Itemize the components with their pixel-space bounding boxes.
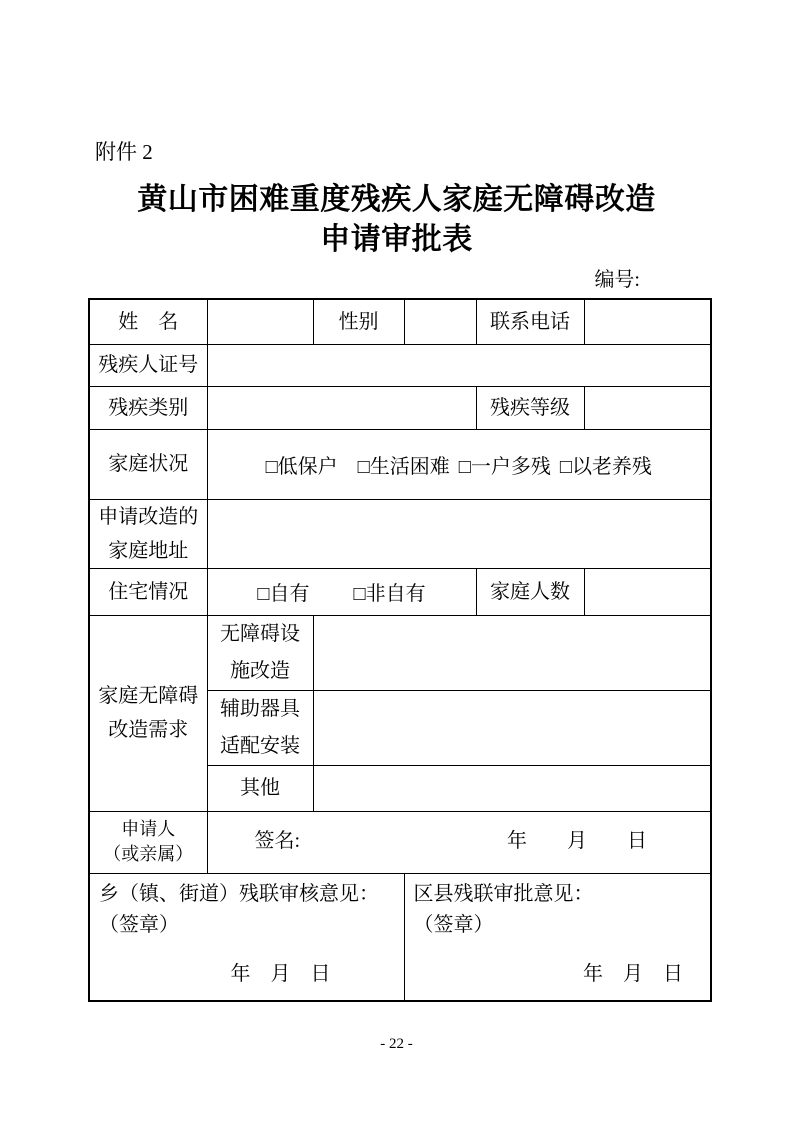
county-review-cell[interactable]: 区县残联审批意见： （签章） 年 月 日	[404, 873, 711, 1001]
needs-other-input-cell[interactable]	[313, 765, 711, 811]
checkbox-icon: □	[266, 456, 278, 478]
county-review-date: 年 月 日	[583, 959, 683, 990]
township-seal-label: （签章）	[99, 910, 395, 941]
checkbox-option-not-owned[interactable]: □非自有	[354, 577, 426, 606]
checkbox-icon: □	[459, 456, 471, 478]
gender-label: 性别	[313, 299, 404, 344]
signature-label: 签名:	[255, 824, 301, 853]
housing-label: 住宅情况	[89, 568, 207, 615]
application-form-table: 姓 名 性别 联系电话 残疾人证号 残疾类别 残疾等级 家庭状况 □低保户□生活…	[88, 298, 712, 1002]
checkbox-icon: □	[257, 583, 269, 605]
family-size-label: 家庭人数	[476, 568, 584, 615]
needs-other-label: 其他	[207, 765, 313, 811]
disability-type-input-cell[interactable]	[207, 386, 476, 429]
attachment-label: 附件 2	[95, 136, 153, 166]
county-review-area: 区县残联审批意见： （签章） 年 月 日	[405, 874, 711, 1000]
row-review-opinions: 乡（镇、街道）残联审核意见： （签章） 年 月 日 区县残联审批意见： （签章）…	[89, 873, 711, 1001]
checkbox-option-label: 非自有	[366, 583, 426, 605]
checkbox-option-low-income[interactable]: □低保户	[266, 450, 338, 479]
gender-input-cell[interactable]	[404, 299, 476, 344]
title-line-2: 申请审批表	[0, 220, 793, 260]
checkbox-icon: □	[358, 456, 370, 478]
signature-row: 签名: 年 月 日	[208, 824, 711, 860]
needs-facility-input-cell[interactable]	[313, 615, 711, 690]
disability-id-input-cell[interactable]	[207, 344, 711, 386]
page-number: - 22 -	[0, 1036, 793, 1053]
address-label: 申请改造的 家庭地址	[89, 499, 207, 568]
checkbox-option-label: 以老养残	[572, 456, 652, 478]
disability-id-label: 残疾人证号	[89, 344, 207, 386]
needs-facility-label: 无障碍设 施改造	[207, 615, 313, 690]
checkbox-option-label: 生活困难	[370, 456, 450, 478]
township-review-cell[interactable]: 乡（镇、街道）残联审核意见： （签章） 年 月 日	[89, 873, 404, 1001]
needs-label: 家庭无障碍 改造需求	[89, 615, 207, 811]
checkbox-icon: □	[560, 456, 572, 478]
checkbox-option-label: 一户多残	[471, 456, 551, 478]
checkbox-option-multi-disability[interactable]: □一户多残	[459, 450, 551, 479]
applicant-label: 申请人 （或亲属）	[89, 811, 207, 873]
row-family-status: 家庭状况 □低保户□生活困难□一户多残□以老养残	[89, 429, 711, 499]
applicant-date: 年 月 日	[507, 824, 647, 853]
address-input-cell[interactable]	[207, 499, 711, 568]
disability-type-label: 残疾类别	[89, 386, 207, 429]
disability-level-label: 残疾等级	[476, 386, 584, 429]
phone-label: 联系电话	[476, 299, 584, 344]
checkbox-option-life-difficulty[interactable]: □生活困难	[358, 450, 450, 479]
row-disability-type-level: 残疾类别 残疾等级	[89, 386, 711, 429]
row-applicant-signature: 申请人 （或亲属） 签名: 年 月 日	[89, 811, 711, 873]
needs-assistive-input-cell[interactable]	[313, 690, 711, 765]
needs-assistive-label: 辅助器具 适配安装	[207, 690, 313, 765]
county-review-label: 区县残联审批意见：	[414, 879, 702, 910]
housing-options-cell: □自有□非自有	[207, 568, 476, 615]
row-address: 申请改造的 家庭地址	[89, 499, 711, 568]
row-needs-facility: 家庭无障碍 改造需求 无障碍设 施改造	[89, 615, 711, 690]
row-disability-id: 残疾人证号	[89, 344, 711, 386]
phone-input-cell[interactable]	[584, 299, 711, 344]
township-review-date: 年 月 日	[231, 959, 331, 990]
family-status-label: 家庭状况	[89, 429, 207, 499]
checkbox-option-label: 低保户	[278, 456, 338, 478]
family-status-options-cell: □低保户□生活困难□一户多残□以老养残	[207, 429, 711, 499]
signature-cell[interactable]: 签名: 年 月 日	[207, 811, 711, 873]
title-line-1: 黄山市困难重度残疾人家庭无障碍改造	[0, 180, 793, 220]
serial-number-label: 编号:	[594, 263, 640, 292]
name-input-cell[interactable]	[207, 299, 313, 344]
county-seal-label: （签章）	[414, 910, 702, 941]
checkbox-option-label: 自有	[270, 583, 310, 605]
document-page: 附件 2 黄山市困难重度残疾人家庭无障碍改造 申请审批表 编号: 姓 名 性别 …	[0, 0, 793, 1122]
checkbox-option-owned[interactable]: □自有	[257, 577, 309, 606]
township-review-area: 乡（镇、街道）残联审核意见： （签章） 年 月 日	[90, 874, 404, 1000]
document-title: 黄山市困难重度残疾人家庭无障碍改造 申请审批表	[0, 180, 793, 260]
row-name-gender-phone: 姓 名 性别 联系电话	[89, 299, 711, 344]
disability-level-input-cell[interactable]	[584, 386, 711, 429]
township-review-label: 乡（镇、街道）残联审核意见：	[99, 879, 395, 910]
family-size-input-cell[interactable]	[584, 568, 711, 615]
name-label: 姓 名	[89, 299, 207, 344]
checkbox-option-elderly-care[interactable]: □以老养残	[560, 450, 652, 479]
row-housing: 住宅情况 □自有□非自有 家庭人数	[89, 568, 711, 615]
checkbox-icon: □	[354, 583, 366, 605]
